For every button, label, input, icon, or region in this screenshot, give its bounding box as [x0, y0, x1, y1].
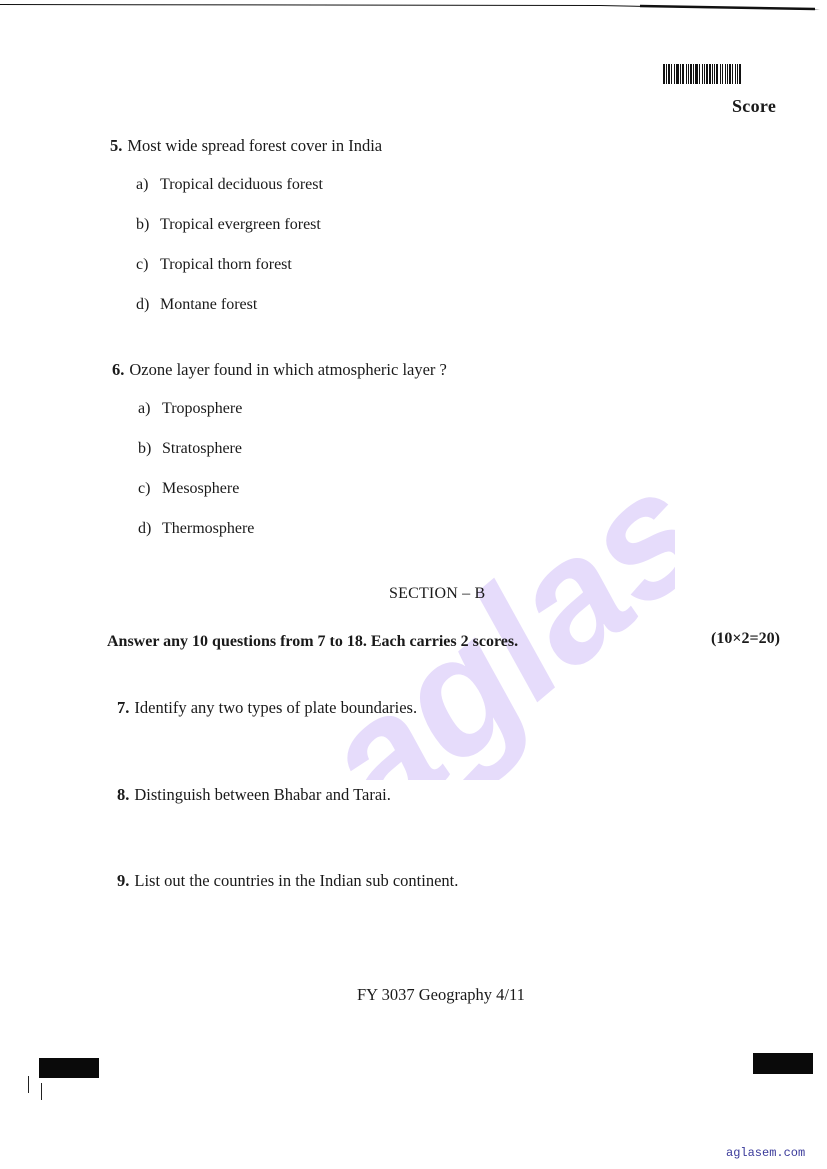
- question-number: 6.: [112, 360, 124, 379]
- question-number: 5.: [110, 136, 122, 155]
- watermark-logo: aglasem: [215, 440, 675, 780]
- section-heading: SECTION – B: [389, 585, 485, 603]
- scan-tick-line: [28, 1076, 29, 1093]
- section-marks: (10×2=20): [711, 630, 780, 648]
- option-6d: d)Thermosphere: [138, 520, 254, 538]
- option-6b: b)Stratosphere: [138, 440, 242, 458]
- option-6a: a)Troposphere: [138, 400, 242, 418]
- score-label: Score: [732, 96, 776, 117]
- question-6: 6.Ozone layer found in which atmospheric…: [112, 360, 447, 380]
- question-5: 5.Most wide spread forest cover in India: [110, 136, 382, 156]
- scan-top-edge: [0, 2, 827, 12]
- question-text: Most wide spread forest cover in India: [127, 136, 382, 155]
- registration-mark-left: [39, 1058, 99, 1078]
- question-text: Identify any two types of plate boundari…: [134, 698, 417, 717]
- site-credit: aglasem.com: [726, 1146, 805, 1160]
- registration-mark-right: [753, 1053, 813, 1074]
- question-text: List out the countries in the Indian sub…: [134, 871, 458, 890]
- barcode-icon: [663, 64, 780, 84]
- option-5d: d)Montane forest: [136, 296, 257, 314]
- question-number: 8.: [117, 785, 129, 804]
- question-text: Ozone layer found in which atmospheric l…: [129, 360, 447, 379]
- svg-text:aglasem: aglasem: [285, 440, 675, 780]
- question-number: 9.: [117, 871, 129, 890]
- section-instructions: Answer any 10 questions from 7 to 18. Ea…: [107, 633, 518, 651]
- option-6c: c)Mesosphere: [138, 480, 239, 498]
- scan-tick-line: [41, 1083, 42, 1100]
- question-text: Distinguish between Bhabar and Tarai.: [134, 785, 391, 804]
- question-8: 8.Distinguish between Bhabar and Tarai.: [117, 785, 391, 805]
- question-7: 7.Identify any two types of plate bounda…: [117, 698, 417, 718]
- question-number: 7.: [117, 698, 129, 717]
- option-5b: b)Tropical evergreen forest: [136, 216, 321, 234]
- option-5c: c)Tropical thorn forest: [136, 256, 292, 274]
- question-9: 9.List out the countries in the Indian s…: [117, 871, 458, 891]
- option-5a: a)Tropical deciduous forest: [136, 176, 323, 194]
- page-footer-code: FY 3037 Geography 4/11: [357, 985, 525, 1005]
